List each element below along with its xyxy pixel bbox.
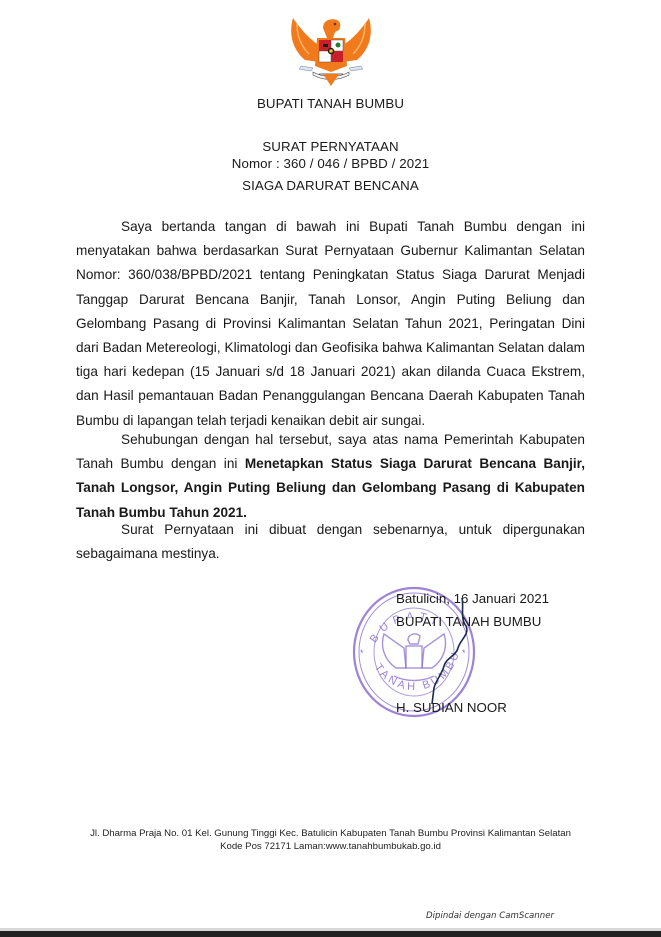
document-page: BUPATI TANAH BUMBU SURAT PERNYATAAN Nomo… (0, 0, 661, 925)
paragraph-1-text: Saya bertanda tangan di bawah ini Bupati… (76, 215, 585, 433)
document-type: SURAT PERNYATAAN (0, 139, 661, 154)
paragraph-3-text: Surat Pernyataan ini dibuat dengan seben… (76, 518, 585, 566)
letterhead-office: BUPATI TANAH BUMBU (0, 96, 661, 111)
document-number: Nomor : 360 / 046 / BPBD / 2021 (0, 156, 661, 171)
handwritten-signature-icon (430, 596, 500, 706)
paragraph-decision: Sehubungan dengan hal tersebut, saya ata… (76, 428, 585, 525)
page-bottom-border (0, 931, 661, 937)
footer-address: Jl. Dharma Praja No. 01 Kel. Gunung Ting… (0, 828, 661, 839)
paragraph-2: Sehubungan dengan hal tersebut, saya ata… (76, 428, 585, 525)
svg-text:*: * (360, 648, 364, 658)
paragraph-considerations: Saya bertanda tangan di bawah ini Bupati… (76, 215, 585, 433)
footer-postal-website: Kode Pos 72171 Laman:www.tanahbumbukab.g… (0, 841, 661, 852)
document-subject: SIAGA DARURAT BENCANA (0, 178, 661, 193)
paragraph-closing: Surat Pernyataan ini dibuat dengan seben… (76, 518, 585, 566)
garuda-emblem-icon (283, 8, 379, 88)
scanner-watermark: Dipindai dengan CamScanner (426, 911, 554, 921)
